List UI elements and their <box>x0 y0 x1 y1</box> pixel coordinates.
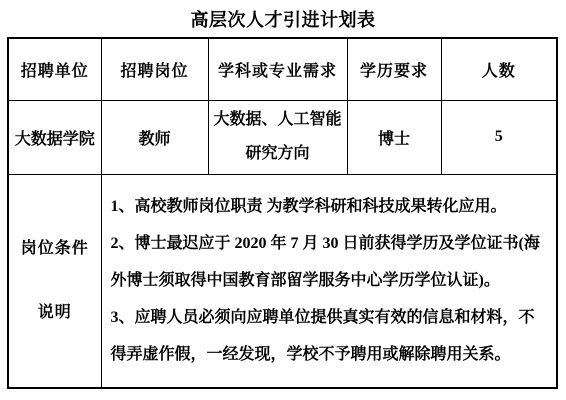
table-header-row: 招聘单位 招聘岗位 学科或专业需求 学历要求 人数 <box>8 38 557 100</box>
cell-recruiting-position: 教师 <box>101 100 208 174</box>
page-title: 高层次人才引进计划表 <box>0 0 566 31</box>
header-recruiting-position: 招聘岗位 <box>101 38 208 100</box>
conditions-label: 岗位条件 说明 <box>8 174 101 388</box>
header-major-requirement: 学科或专业需求 <box>208 38 347 100</box>
cell-major-requirement: 大数据、人工智能研究方向 <box>208 100 347 174</box>
header-headcount: 人数 <box>441 38 557 100</box>
condition-item-2: 2、博士最迟应于 2020 年 7 月 30 日前获得学历及学位证书(海外博士须… <box>111 225 551 299</box>
cell-degree-requirement: 博士 <box>347 100 441 174</box>
condition-item-1: 1、高校教师岗位职责 为教学科研和科技成果转化应用。 <box>111 188 551 225</box>
condition-item-3: 3、应聘人员必须向应聘单位提供真实有效的信息和材料，不得弄虚作假，一经发现，学校… <box>111 299 551 373</box>
header-recruiting-unit: 招聘单位 <box>8 38 101 100</box>
talent-plan-table: 招聘单位 招聘岗位 学科或专业需求 学历要求 人数 大数据学院 教师 大数据、人… <box>7 37 558 389</box>
talent-plan-page: 高层次人才引进计划表 招聘单位 招聘岗位 学科或专业需求 学历要求 人数 大数据… <box>0 0 566 400</box>
table-data-row: 大数据学院 教师 大数据、人工智能研究方向 博士 5 <box>8 100 557 174</box>
conditions-row: 岗位条件 说明 1、高校教师岗位职责 为教学科研和科技成果转化应用。 2、博士最… <box>8 174 557 388</box>
header-degree-requirement: 学历要求 <box>347 38 441 100</box>
cell-recruiting-unit: 大数据学院 <box>8 100 101 174</box>
conditions-content: 1、高校教师岗位职责 为教学科研和科技成果转化应用。 2、博士最迟应于 2020… <box>101 174 557 388</box>
cell-headcount: 5 <box>441 100 557 174</box>
